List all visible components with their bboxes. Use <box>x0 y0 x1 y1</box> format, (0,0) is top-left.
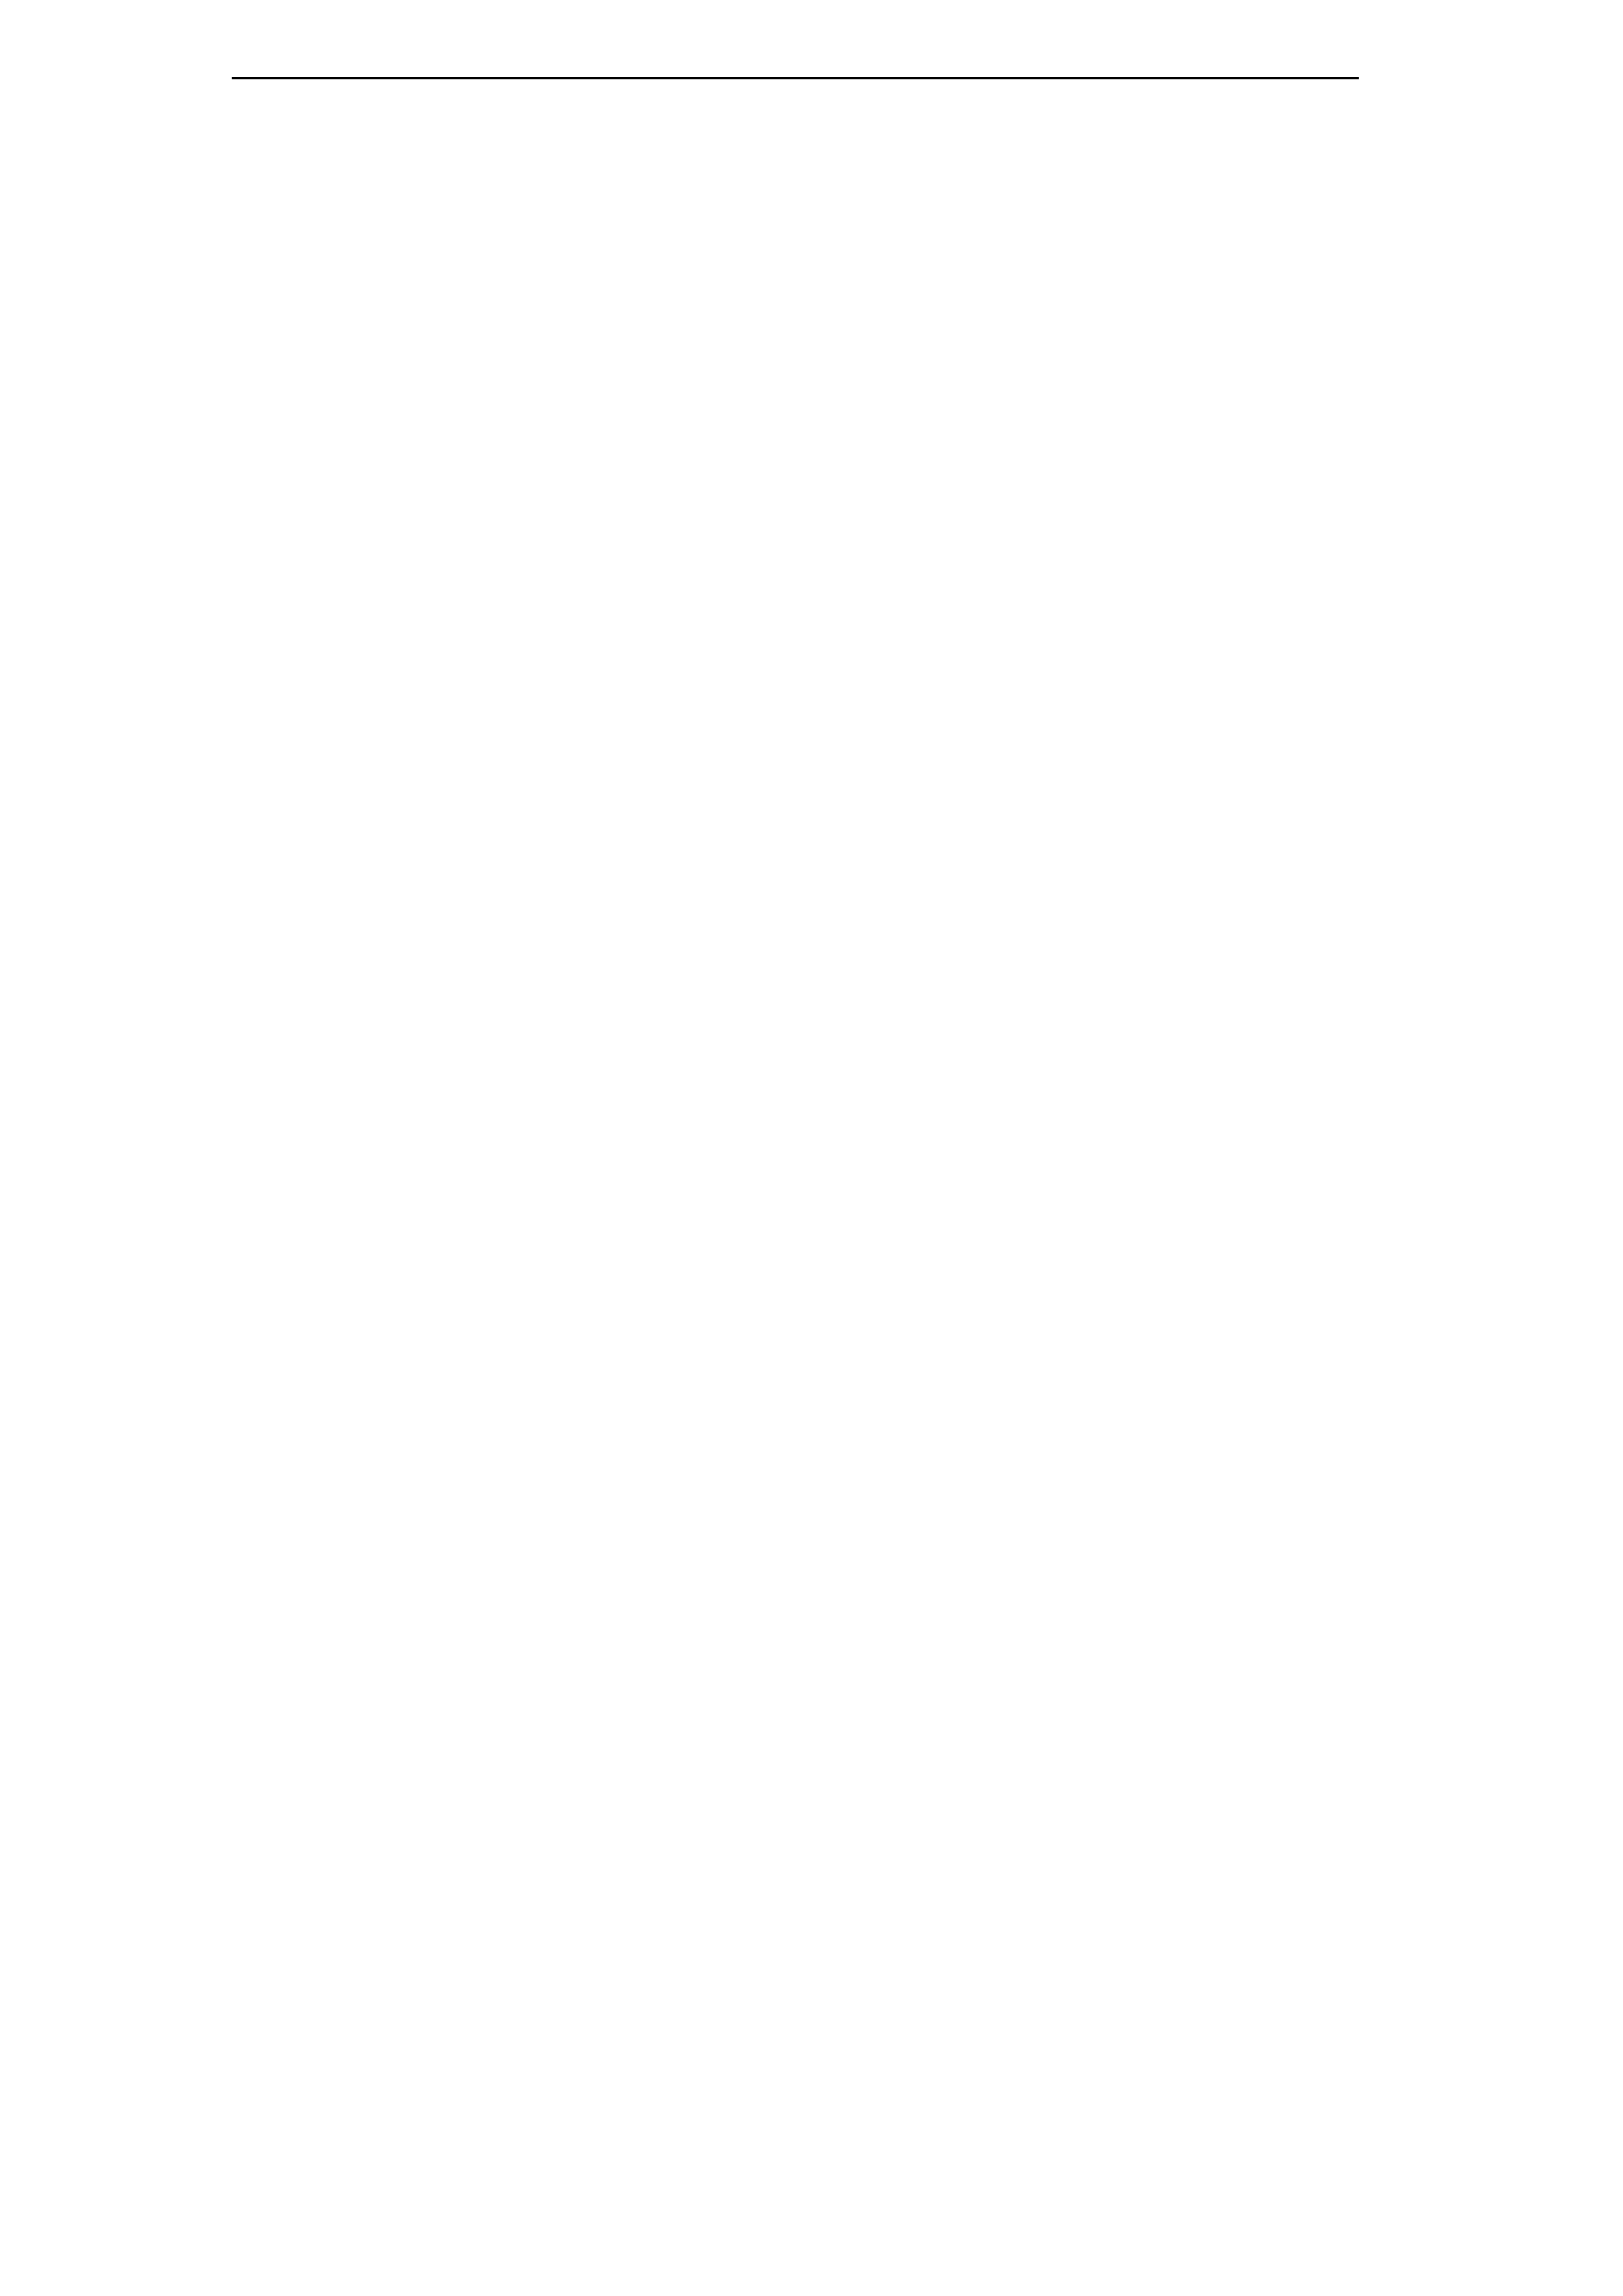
header-rule <box>232 77 1359 79</box>
q10-option-b <box>243 349 251 381</box>
q10-option-c-answer <box>243 436 251 468</box>
q10-option-d <box>243 532 251 564</box>
